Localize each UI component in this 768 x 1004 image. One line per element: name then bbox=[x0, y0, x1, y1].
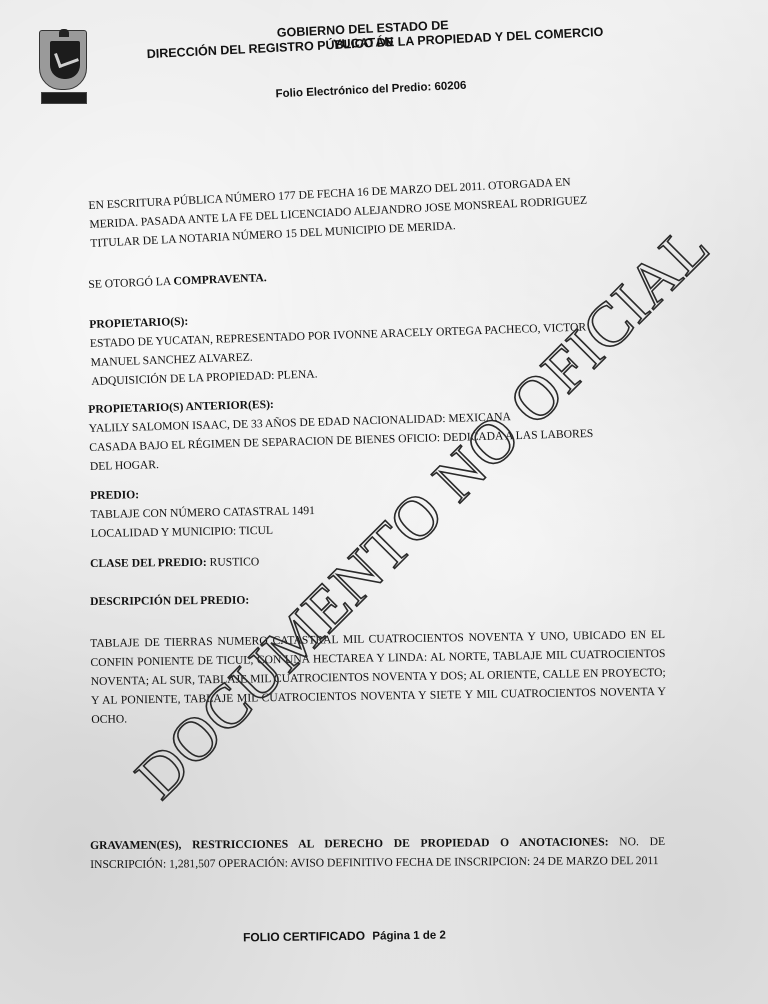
tower-icon bbox=[59, 29, 69, 37]
acto-prefix: SE OTORGÓ LA bbox=[88, 275, 174, 291]
propietarios-anteriores-section: PROPIETARIO(S) ANTERIOR(ES): YALILY SALO… bbox=[88, 386, 594, 476]
propietarios-section: PROPIETARIO(S): ESTADO DE YUCATAN, REPRE… bbox=[89, 299, 588, 391]
clase-label: CLASE DEL PREDIO: bbox=[90, 556, 210, 570]
page-number: Página 1 de 2 bbox=[372, 930, 446, 943]
clase-value: RUSTICO bbox=[210, 555, 260, 569]
predio-line: LOCALIDAD Y MUNICIPIO: TICUL bbox=[91, 520, 316, 543]
predio-section: PREDIO: TABLAJE CON NÚMERO CATASTRAL 149… bbox=[90, 482, 315, 543]
descripcion-text: TABLAJE DE TIERRAS NUMERO CATASTRAL MIL … bbox=[90, 625, 666, 729]
shield-field bbox=[50, 41, 80, 79]
logo-banner bbox=[41, 92, 87, 104]
escritura-paragraph: EN ESCRITURA PÚBLICA NÚMERO 177 DE FECHA… bbox=[88, 172, 588, 253]
acto-value: COMPRAVENTA. bbox=[173, 271, 267, 288]
folio-number: Folio Electrónico del Predio: 60206 bbox=[256, 79, 486, 101]
coat-of-arms-logo bbox=[37, 28, 89, 104]
clase-predio: CLASE DEL PREDIO: RUSTICO bbox=[90, 552, 259, 573]
deer-icon bbox=[54, 47, 79, 68]
folio-certificado-label: FOLIO CERTIFICADO bbox=[243, 929, 365, 945]
page-footer: FOLIO CERTIFICADO Página 1 de 2 bbox=[243, 928, 446, 945]
shield-icon bbox=[39, 30, 87, 90]
gravamenes-section: GRAVAMEN(ES), RESTRICCIONES AL DERECHO D… bbox=[90, 832, 665, 874]
gravamenes-label: GRAVAMEN(ES), RESTRICCIONES AL DERECHO D… bbox=[90, 835, 609, 852]
descripcion-title: DESCRIPCIÓN DEL PREDIO: bbox=[90, 591, 249, 611]
acto-statement: SE OTORGÓ LA COMPRAVENTA. bbox=[88, 268, 267, 294]
predio-line: TABLAJE CON NÚMERO CATASTRAL 1491 bbox=[90, 501, 315, 524]
